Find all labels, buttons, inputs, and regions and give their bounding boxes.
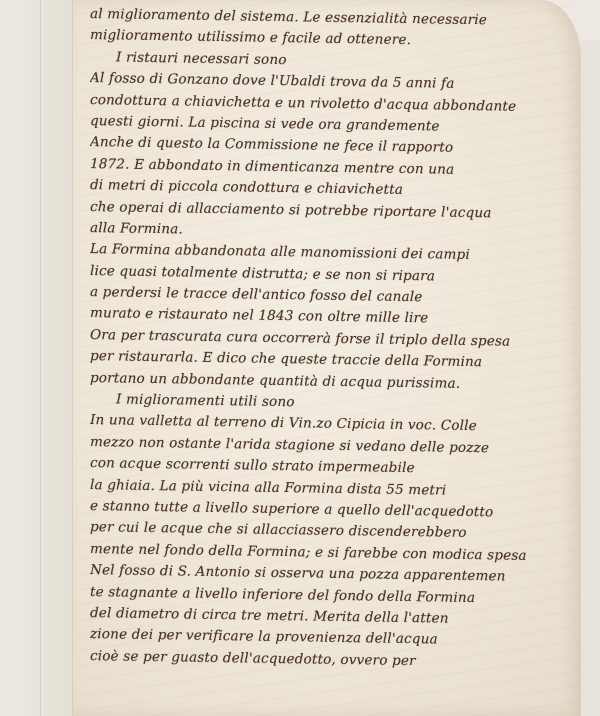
handwritten-text: al miglioramento del sistema. Le essenzi… bbox=[90, 4, 580, 667]
